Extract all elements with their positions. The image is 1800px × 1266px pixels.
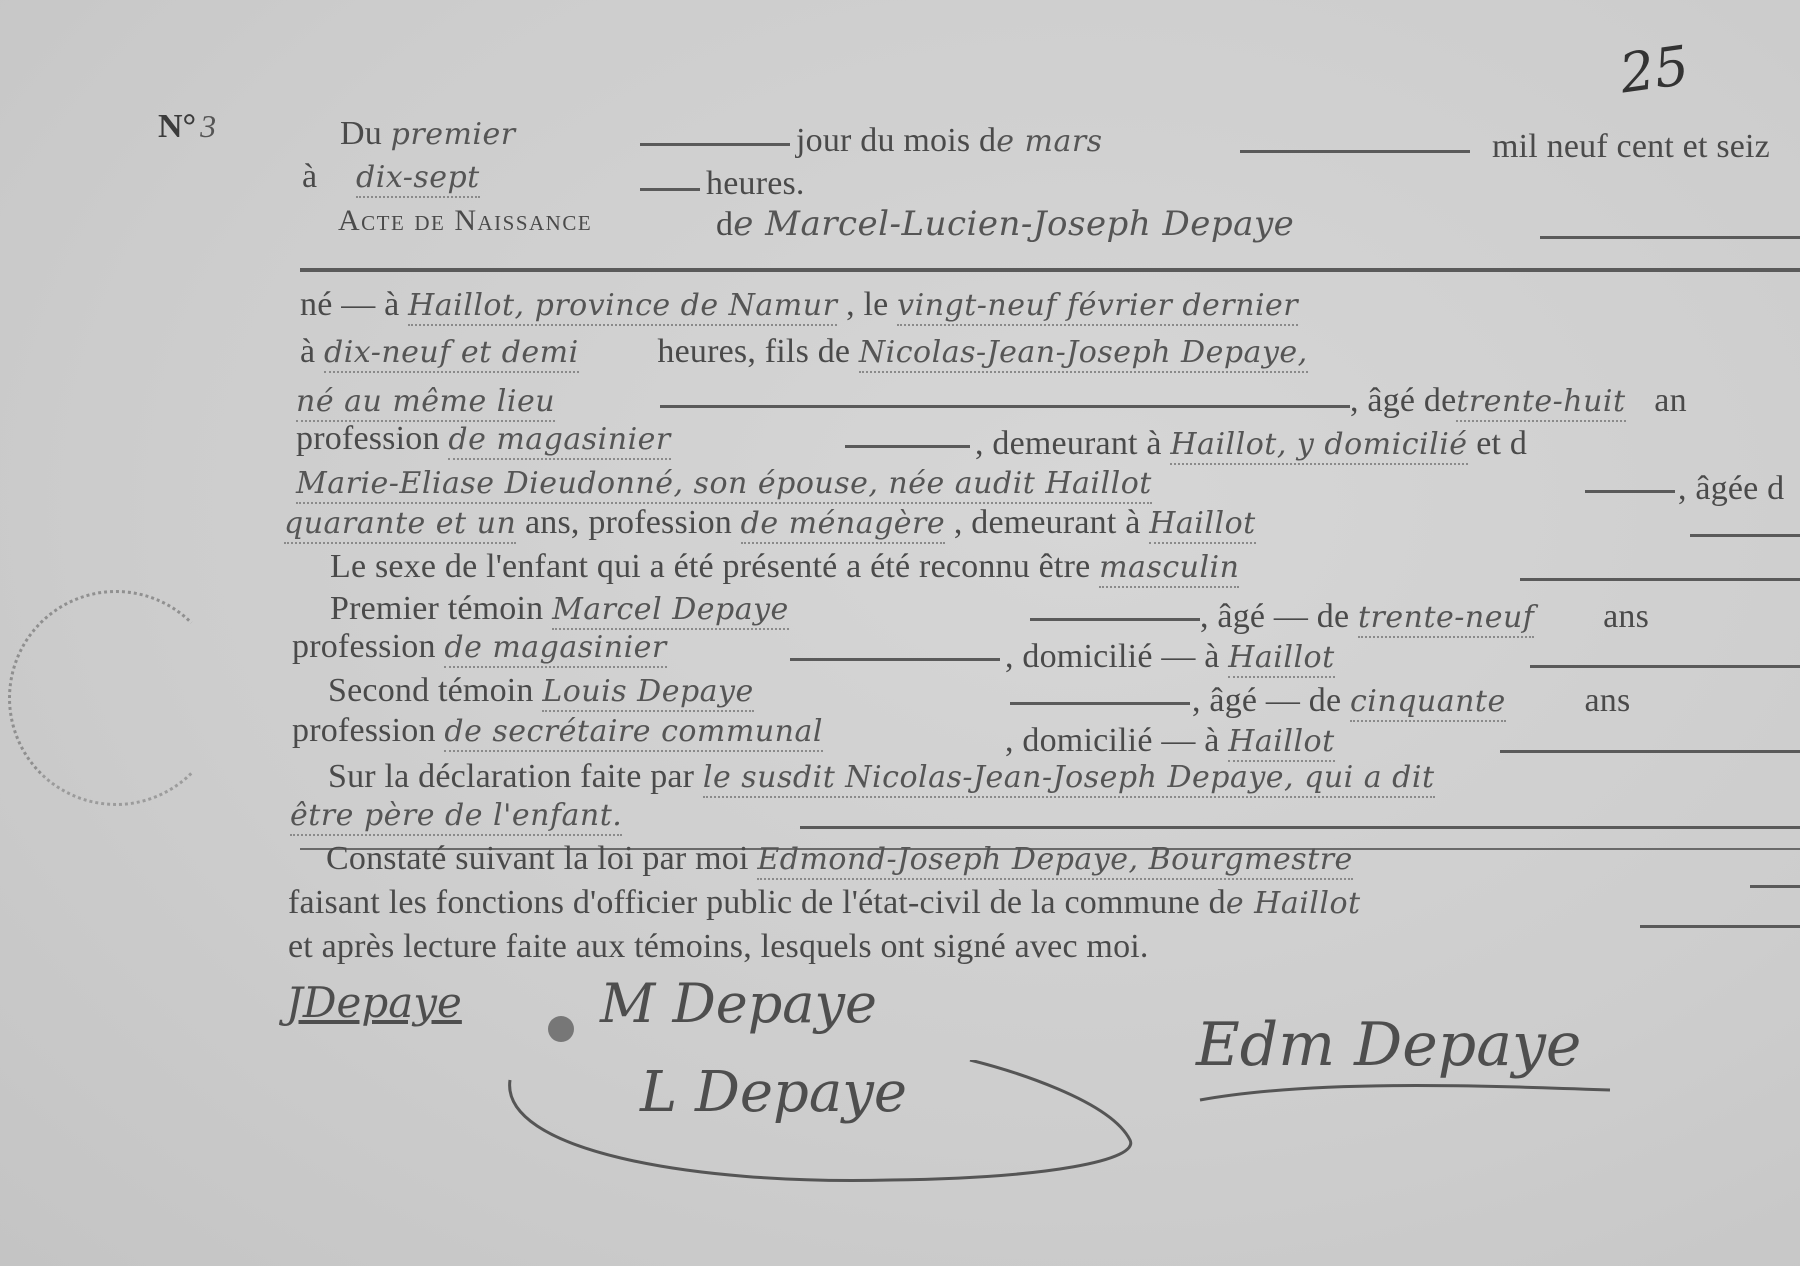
handwritten-mother-residence: Haillot (1149, 506, 1255, 544)
handwritten-witness1-profession: de magasinier (444, 630, 666, 668)
text-second-temoin: Second témoin (328, 672, 534, 709)
handwritten-officer: Edmond-Joseph Depaye, Bourgmestre (757, 842, 1352, 880)
handwritten-mother-profession: de ménagère (741, 506, 945, 544)
text-ans: an (1654, 382, 1687, 419)
text-ne-a: né — à (300, 286, 399, 323)
text-constate: Constaté suivant la loi par moi (326, 840, 749, 877)
text-ans: ans (1603, 598, 1649, 635)
text-premier-temoin: Premier témoin (330, 590, 543, 627)
witness2-domicile-line: , domicilié — à Haillot (1005, 722, 1335, 760)
handwritten-father-birthplace: né au même lieu (296, 384, 555, 422)
text-du: Du (340, 115, 382, 152)
text-sex-label: Le sexe de l'enfant qui a été présenté a… (330, 548, 1090, 585)
act-number-value: 3 (200, 108, 216, 144)
fill-line (660, 405, 1350, 408)
fill-line (1030, 618, 1200, 621)
handwritten-father-residence: Haillot, y domicilié (1170, 427, 1467, 465)
text-profession: profession (292, 628, 436, 665)
closing-line-3: et après lecture faite aux témoins, lesq… (288, 928, 1149, 966)
fill-line (1500, 750, 1800, 753)
fill-line (1010, 702, 1190, 705)
handwritten-birth-place: Haillot, province de Namur (408, 288, 837, 326)
witness1-profession-line: profession de magasinier (292, 628, 667, 666)
handwritten-hour: dix-sept (356, 160, 480, 198)
mother-line: Marie-Eliase Dieudonné, son épouse, née … (296, 464, 1152, 502)
text-heures-fils-de: heures, fils de (657, 333, 850, 370)
birth-certificate-page: 25 N° 3 Du premier jour du mois de mars … (0, 0, 1800, 1266)
witness2-age-line: , âgé — de cinquante ans (1192, 682, 1630, 720)
text-year: mil neuf cent et seiz (1492, 128, 1770, 166)
folio-number: 25 (1616, 34, 1693, 106)
signature-4-underline (1190, 1060, 1630, 1120)
fill-line (1690, 534, 1800, 537)
text-demeurant: , demeurant à (975, 425, 1162, 462)
separator-line (300, 268, 1800, 272)
father-profession-line: profession de magasinier (296, 420, 671, 458)
fill-line (800, 826, 1800, 829)
father-residence-line: , demeurant à Haillot, y domicilié et d (975, 425, 1527, 463)
handwritten-witness1-name: Marcel Depaye (552, 592, 789, 630)
father-age-line: , âgé detrente-huit an (1350, 382, 1687, 420)
handwritten-mother-name: Marie-Eliase Dieudonné, son épouse, née … (296, 466, 1152, 504)
handwritten-witness1-domicile: Haillot (1228, 640, 1334, 678)
text-ans: ans (1584, 682, 1630, 719)
handwritten-mother-age: quarante et un (284, 506, 516, 544)
handwritten-month: e mars (996, 124, 1102, 159)
fill-line (1585, 490, 1675, 493)
line-date: Du premier (340, 115, 516, 153)
father-origin-line: né au même lieu (296, 382, 555, 420)
handwritten-sex: masculin (1099, 550, 1239, 588)
handwritten-day: premier (391, 117, 516, 152)
text-age-de: , âgé de (1350, 382, 1456, 419)
fill-line (1750, 885, 1800, 888)
handwritten-father-profession: de magasinier (448, 422, 670, 460)
handwritten-witness2-name: Louis Depaye (542, 674, 753, 712)
act-title: Acte de Naissance (338, 204, 592, 238)
witness1-domicile-line: , domicilié — à Haillot (1005, 638, 1335, 676)
handwritten-witness2-profession: de secrétaire communal (444, 714, 823, 752)
text-declaration-label: Sur la déclaration faite par (328, 758, 694, 795)
signature-1: JDepaye (286, 978, 462, 1027)
text-le: , le (846, 286, 888, 323)
fill-line (1540, 236, 1800, 239)
declaration-line: Sur la déclaration faite par le susdit N… (328, 758, 1435, 796)
handwritten-witness2-domicile: Haillot (1228, 724, 1334, 762)
text-age-de: , âgé — de (1200, 598, 1349, 635)
line-hour: à dix-sept (302, 158, 480, 196)
text-demeurant: , demeurant à (954, 504, 1141, 541)
official-seal-stamp (8, 590, 224, 806)
text-age-de: , âgé — de (1192, 682, 1341, 719)
fill-line (640, 188, 700, 191)
text-agee-de: , âgée d (1678, 470, 1784, 508)
birth-time-line: à dix-neuf et demi heures, fils de Nicol… (300, 333, 1308, 371)
act-number-label: N° (158, 108, 196, 145)
fill-line (1520, 578, 1800, 581)
declaration-line-2: être père de l'enfant. (290, 796, 622, 834)
witness1-age-line: , âgé — de trente-neuf ans (1200, 598, 1649, 636)
fill-line (1640, 925, 1800, 928)
closing-line-1: Constaté suivant la loi par moi Edmond-J… (326, 840, 1353, 878)
text-heures: heures. (706, 165, 805, 203)
text-domicilie-a: , domicilié — à (1005, 722, 1220, 759)
sex-line: Le sexe de l'enfant qui a été présenté a… (330, 548, 1239, 586)
fill-line (1240, 150, 1470, 153)
witness2-profession-line: profession de secrétaire communal (292, 712, 823, 750)
text-jour-du-mois: jour du mois d (796, 122, 996, 159)
handwritten-child-name: e Marcel-Lucien-Joseph Depaye (733, 204, 1294, 244)
text-a: à (300, 333, 315, 370)
text-domicilie-a: , domicilié — à (1005, 638, 1220, 675)
text-profession: profession (296, 420, 440, 457)
ink-dot (548, 1016, 574, 1042)
act-number: N° 3 (158, 108, 216, 146)
handwritten-father-age: trente-huit (1456, 384, 1625, 422)
signature-flourish (490, 1060, 1150, 1190)
text-de: d (716, 206, 733, 243)
handwritten-birth-date: vingt-neuf février dernier (897, 288, 1298, 326)
handwritten-father-name: Nicolas-Jean-Joseph Depaye, (859, 335, 1308, 373)
handwritten-witness2-age: cinquante (1350, 684, 1506, 722)
witness2-line: Second témoin Louis Depaye (328, 672, 754, 710)
handwritten-witness1-age: trente-neuf (1358, 600, 1534, 638)
mother-age-line: quarante et un ans, profession de ménagè… (284, 504, 1256, 542)
line-month: jour du mois de mars (796, 122, 1103, 160)
text-et-de: et d (1476, 425, 1527, 462)
signature-2: M Depaye (600, 972, 877, 1035)
handwritten-declarant: le susdit Nicolas-Jean-Joseph Depaye, qu… (703, 760, 1435, 798)
text-profession: profession (292, 712, 436, 749)
text-faisant-les-fonctions: faisant les fonctions d'officier public … (288, 884, 1226, 921)
fill-line (845, 445, 970, 448)
closing-line-2: faisant les fonctions d'officier public … (288, 884, 1361, 922)
handwritten-birth-time: dix-neuf et demi (324, 335, 579, 373)
fill-line (1530, 665, 1800, 668)
witness1-line: Premier témoin Marcel Depaye (330, 590, 789, 628)
handwritten-commune: e Haillot (1226, 886, 1361, 921)
text-a: à (302, 158, 317, 195)
birth-place-line: né — à Haillot, province de Namur , le v… (300, 286, 1298, 324)
fill-line (640, 143, 790, 146)
handwritten-declaration-continued: être père de l'enfant. (290, 798, 622, 836)
text-ans-profession: ans, profession (525, 504, 732, 541)
fill-line (790, 658, 1000, 661)
child-name-line: de Marcel-Lucien-Joseph Depaye (716, 204, 1294, 244)
